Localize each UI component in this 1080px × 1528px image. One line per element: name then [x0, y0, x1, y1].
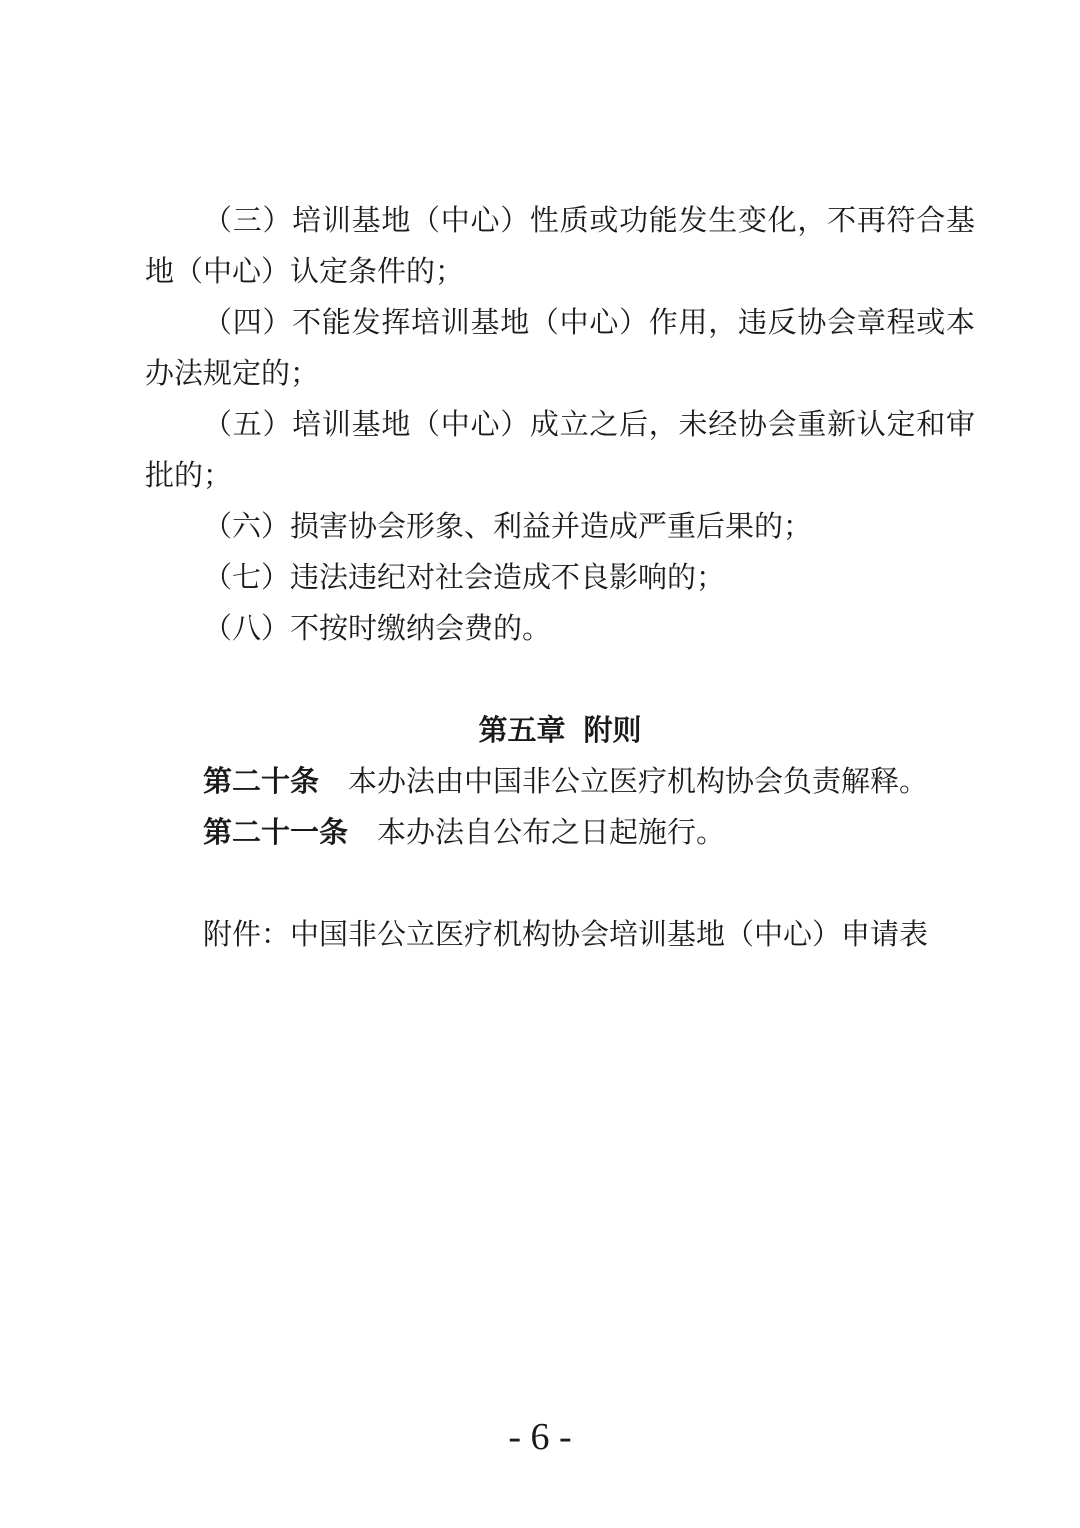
document-page: （三）培训基地（中心）性质或功能发生变化，不再符合基地（中心）认定条件的； （四… [0, 0, 1080, 1528]
attachment-note: 附件：中国非公立医疗机构协会培训基地（中心）申请表 [145, 910, 975, 961]
page-number: - 6 - [0, 1415, 1080, 1459]
list-item-paragraph: （三）培训基地（中心）性质或功能发生变化，不再符合基地（中心）认定条件的； [145, 196, 975, 298]
list-item-paragraph: （七）违法违纪对社会造成不良影响的； [145, 553, 975, 604]
document-body: （三）培训基地（中心）性质或功能发生变化，不再符合基地（中心）认定条件的； （四… [145, 196, 975, 961]
list-item-paragraph: （八）不按时缴纳会费的。 [145, 604, 975, 655]
chapter-heading: 第五章 附则 [145, 706, 975, 757]
list-item-paragraph: （四）不能发挥培训基地（中心）作用，违反协会章程或本办法规定的； [145, 298, 975, 400]
article-number: 第二十一条 [203, 817, 348, 849]
article-paragraph: 第二十一条本办法自公布之日起施行。 [145, 808, 975, 859]
article-number: 第二十条 [203, 766, 319, 798]
article-text: 本办法自公布之日起施行。 [377, 817, 725, 849]
article-text: 本办法由中国非公立医疗机构协会负责解释。 [348, 766, 928, 798]
list-item-paragraph: （五）培训基地（中心）成立之后，未经协会重新认定和审批的； [145, 400, 975, 502]
list-item-paragraph: （六）损害协会形象、利益并造成严重后果的； [145, 502, 975, 553]
article-paragraph: 第二十条本办法由中国非公立医疗机构协会负责解释。 [145, 757, 975, 808]
